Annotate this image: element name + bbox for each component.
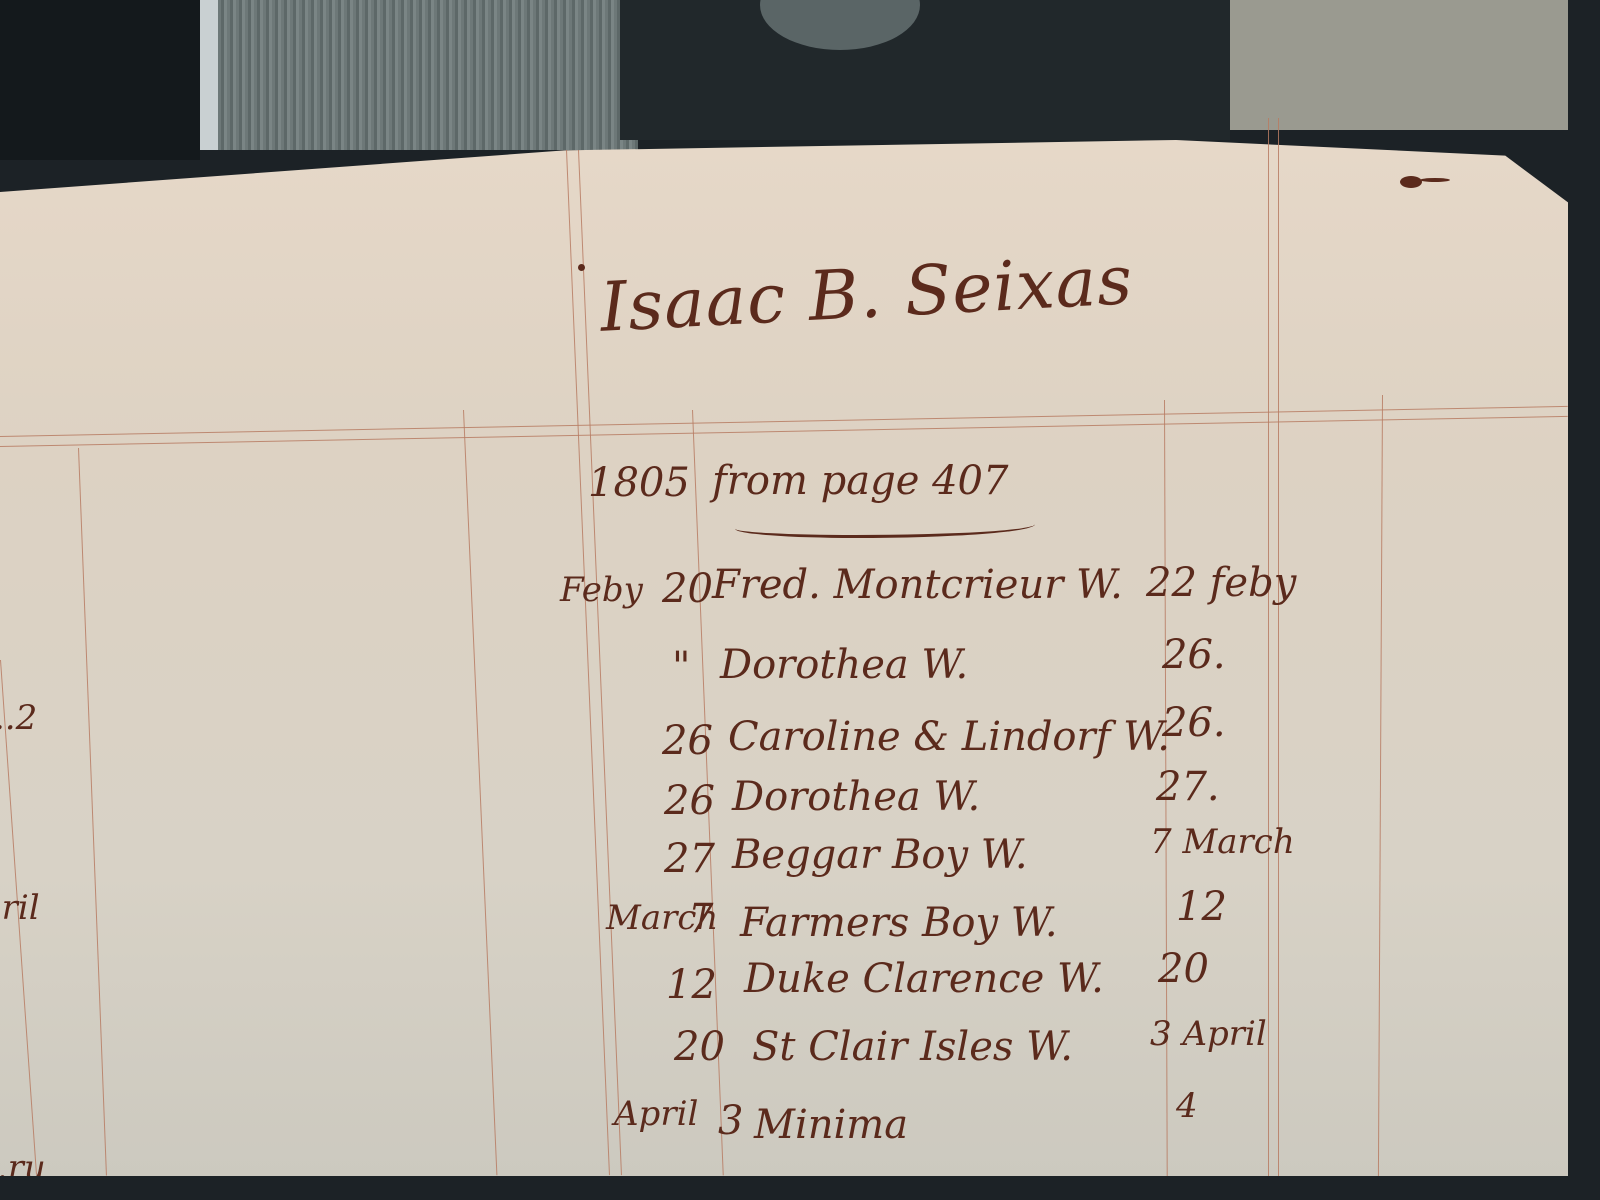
margin-fragment: ..ru bbox=[0, 1148, 46, 1176]
ink-spot bbox=[578, 264, 585, 271]
entry-ref: 3 April bbox=[1150, 1014, 1267, 1054]
entry-day: 26 bbox=[664, 778, 715, 824]
entry-ref: 27. bbox=[1156, 764, 1220, 810]
entry-description: St Clair Isles W. bbox=[752, 1024, 1073, 1070]
entry-day: 26 bbox=[662, 718, 713, 764]
entry-description: Dorothea W. bbox=[732, 774, 980, 820]
entry-description: Fred. Montcrieur W. bbox=[712, 562, 1123, 608]
entry-month: April bbox=[614, 1094, 698, 1134]
entry-day: 20 bbox=[662, 566, 713, 612]
entry-day: 20 bbox=[674, 1024, 725, 1070]
ink-spot bbox=[1420, 178, 1450, 182]
entry-day: 27 bbox=[664, 836, 715, 882]
margin-fragment: ..ril bbox=[0, 888, 40, 928]
entry-ref: 26. bbox=[1162, 632, 1226, 678]
entry-day: " bbox=[672, 644, 690, 690]
background-wall bbox=[1230, 0, 1568, 130]
entry-month: Feby bbox=[560, 570, 643, 610]
entry-ref: 26. bbox=[1162, 700, 1226, 746]
entry-ref: 20 bbox=[1158, 946, 1209, 992]
entry-description: Caroline & Lindorf W. bbox=[728, 714, 1170, 760]
ruling-line bbox=[1268, 118, 1269, 1176]
entry-day: 3 bbox=[718, 1098, 743, 1144]
header-year: 1805 bbox=[588, 460, 690, 506]
background-dark-panel bbox=[0, 0, 200, 160]
background-metal-strip bbox=[200, 0, 218, 150]
entry-day: 7 bbox=[688, 896, 713, 942]
entry-description: Duke Clarence W. bbox=[744, 956, 1104, 1002]
entry-ref: 22 feby bbox=[1146, 560, 1296, 606]
entry-description: Beggar Boy W. bbox=[732, 832, 1028, 878]
ruling-line bbox=[1278, 118, 1279, 1176]
entry-description: Farmers Boy W. bbox=[740, 900, 1058, 946]
ink-spot bbox=[1400, 176, 1422, 188]
header-entry-text: from page 407 bbox=[712, 458, 1008, 504]
background-shadow bbox=[620, 0, 1230, 140]
entry-ref: 7 March bbox=[1150, 822, 1295, 862]
entry-ref: 4 bbox=[1176, 1086, 1198, 1126]
margin-fragment: ..2 bbox=[0, 698, 37, 738]
entry-day: 12 bbox=[666, 962, 717, 1008]
entry-ref: 12 bbox=[1176, 884, 1227, 930]
entry-description: Dorothea W. bbox=[720, 642, 968, 688]
entry-description: Minima bbox=[754, 1102, 908, 1148]
background-stone-surface bbox=[218, 0, 638, 150]
